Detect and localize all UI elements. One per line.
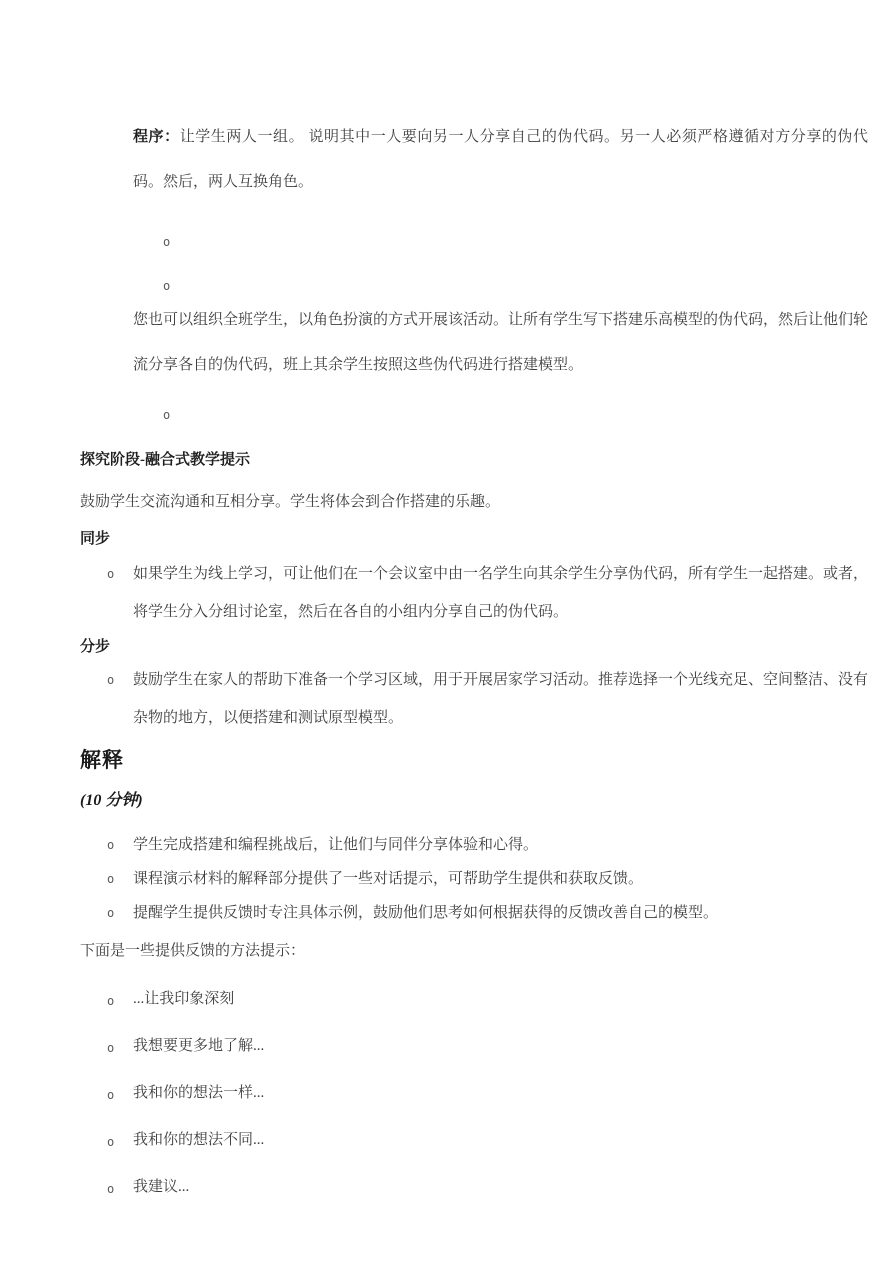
list-item: o ...让我印象深刻 <box>107 976 868 1023</box>
bullet-circle-icon: o <box>107 555 133 631</box>
list-item: o 我建议... <box>107 1164 868 1211</box>
list-item-text: 我建议... <box>133 1164 868 1211</box>
empty-bullet-item: o <box>163 220 868 264</box>
bullet-circle-icon: o <box>163 409 170 421</box>
bullet-circle-icon: o <box>107 1070 133 1117</box>
bullet-circle-icon: o <box>107 661 133 737</box>
sync-bullet-text: 如果学生为线上学习，可让他们在一个会议室中由一名学生向其余学生分享伪代码，所有学… <box>133 555 868 631</box>
explain-bullet-list: o 学生完成搭建和编程挑战后，让他们与同伴分享体验和心得。 o 课程演示材料的解… <box>80 828 868 930</box>
list-item-text: 课程演示材料的解释部分提供了一些对话提示，可帮助学生提供和获取反馈。 <box>133 862 868 896</box>
list-item-text: ...让我印象深刻 <box>133 976 868 1023</box>
list-item: o 我和你的想法一样... <box>107 1070 868 1117</box>
document-content: 程序：让学生两人一组。 说明其中一人要向另一人分享自己的伪代码。另一人必须严格遵… <box>80 115 868 1211</box>
empty-bullet-item: o <box>163 393 868 437</box>
duration-label: (10 分钟) <box>80 790 868 812</box>
list-item-text: 我和你的想法不同... <box>133 1117 868 1164</box>
steps-heading: 分步 <box>80 637 868 657</box>
bullet-circle-icon: o <box>107 828 133 862</box>
whole-class-paragraph: 您也可以组织全班学生，以角色扮演的方式开展该活动。让所有学生写下搭建乐高模型的伪… <box>133 298 868 388</box>
list-item-text: 我和你的想法一样... <box>133 1070 868 1117</box>
feedback-intro-paragraph: 下面是一些提供反馈的方法提示： <box>80 941 868 961</box>
sync-bullet-item: o 如果学生为线上学习，可让他们在一个会议室中由一名学生向其余学生分享伪代码，所… <box>107 555 868 631</box>
document-page: 程序：让学生两人一组。 说明其中一人要向另一人分享自己的伪代码。另一人必须严格遵… <box>0 0 892 1262</box>
list-item: o 我和你的想法不同... <box>107 1117 868 1164</box>
bullet-circle-icon: o <box>107 976 133 1023</box>
list-item-text: 提醒学生提供反馈时专注具体示例，鼓励他们思考如何根据获得的反馈改善自己的模型。 <box>133 896 868 930</box>
bullet-circle-icon: o <box>107 1023 133 1070</box>
bullet-circle-icon: o <box>163 280 170 292</box>
list-item: o 我想要更多地了解... <box>107 1023 868 1070</box>
bullet-circle-icon: o <box>107 1164 133 1211</box>
encourage-paragraph: 鼓励学生交流沟通和互相分享。学生将体会到合作搭建的乐趣。 <box>80 492 868 512</box>
feedback-bullet-list: o ...让我印象深刻 o 我想要更多地了解... o 我和你的想法一样... … <box>80 976 868 1211</box>
bullet-circle-icon: o <box>107 1117 133 1164</box>
sync-heading: 同步 <box>80 529 868 549</box>
bullet-circle-icon: o <box>163 236 170 248</box>
list-item-text: 学生完成搭建和编程挑战后，让他们与同伴分享体验和心得。 <box>133 828 868 862</box>
list-item: o 课程演示材料的解释部分提供了一些对话提示，可帮助学生提供和获取反馈。 <box>107 862 868 896</box>
list-item-text: 我想要更多地了解... <box>133 1023 868 1070</box>
procedure-paragraph: 程序：让学生两人一组。 说明其中一人要向另一人分享自己的伪代码。另一人必须严格遵… <box>133 115 868 205</box>
list-item: o 提醒学生提供反馈时专注具体示例，鼓励他们思考如何根据获得的反馈改善自己的模型… <box>107 896 868 930</box>
procedure-text: 让学生两人一组。 说明其中一人要向另一人分享自己的伪代码。另一人必须严格遵循对方… <box>133 129 868 190</box>
steps-bullet-text: 鼓励学生在家人的帮助下准备一个学习区域，用于开展居家学习活动。推荐选择一个光线充… <box>133 661 868 737</box>
procedure-label: 程序： <box>133 129 180 145</box>
steps-bullet-item: o 鼓励学生在家人的帮助下准备一个学习区域，用于开展居家学习活动。推荐选择一个光… <box>107 661 868 737</box>
list-item: o 学生完成搭建和编程挑战后，让他们与同伴分享体验和心得。 <box>107 828 868 862</box>
explain-section-heading: 解释 <box>80 745 868 775</box>
explore-phase-heading: 探究阶段-融合式教学提示 <box>80 450 868 470</box>
bullet-circle-icon: o <box>107 896 133 930</box>
bullet-circle-icon: o <box>107 862 133 896</box>
